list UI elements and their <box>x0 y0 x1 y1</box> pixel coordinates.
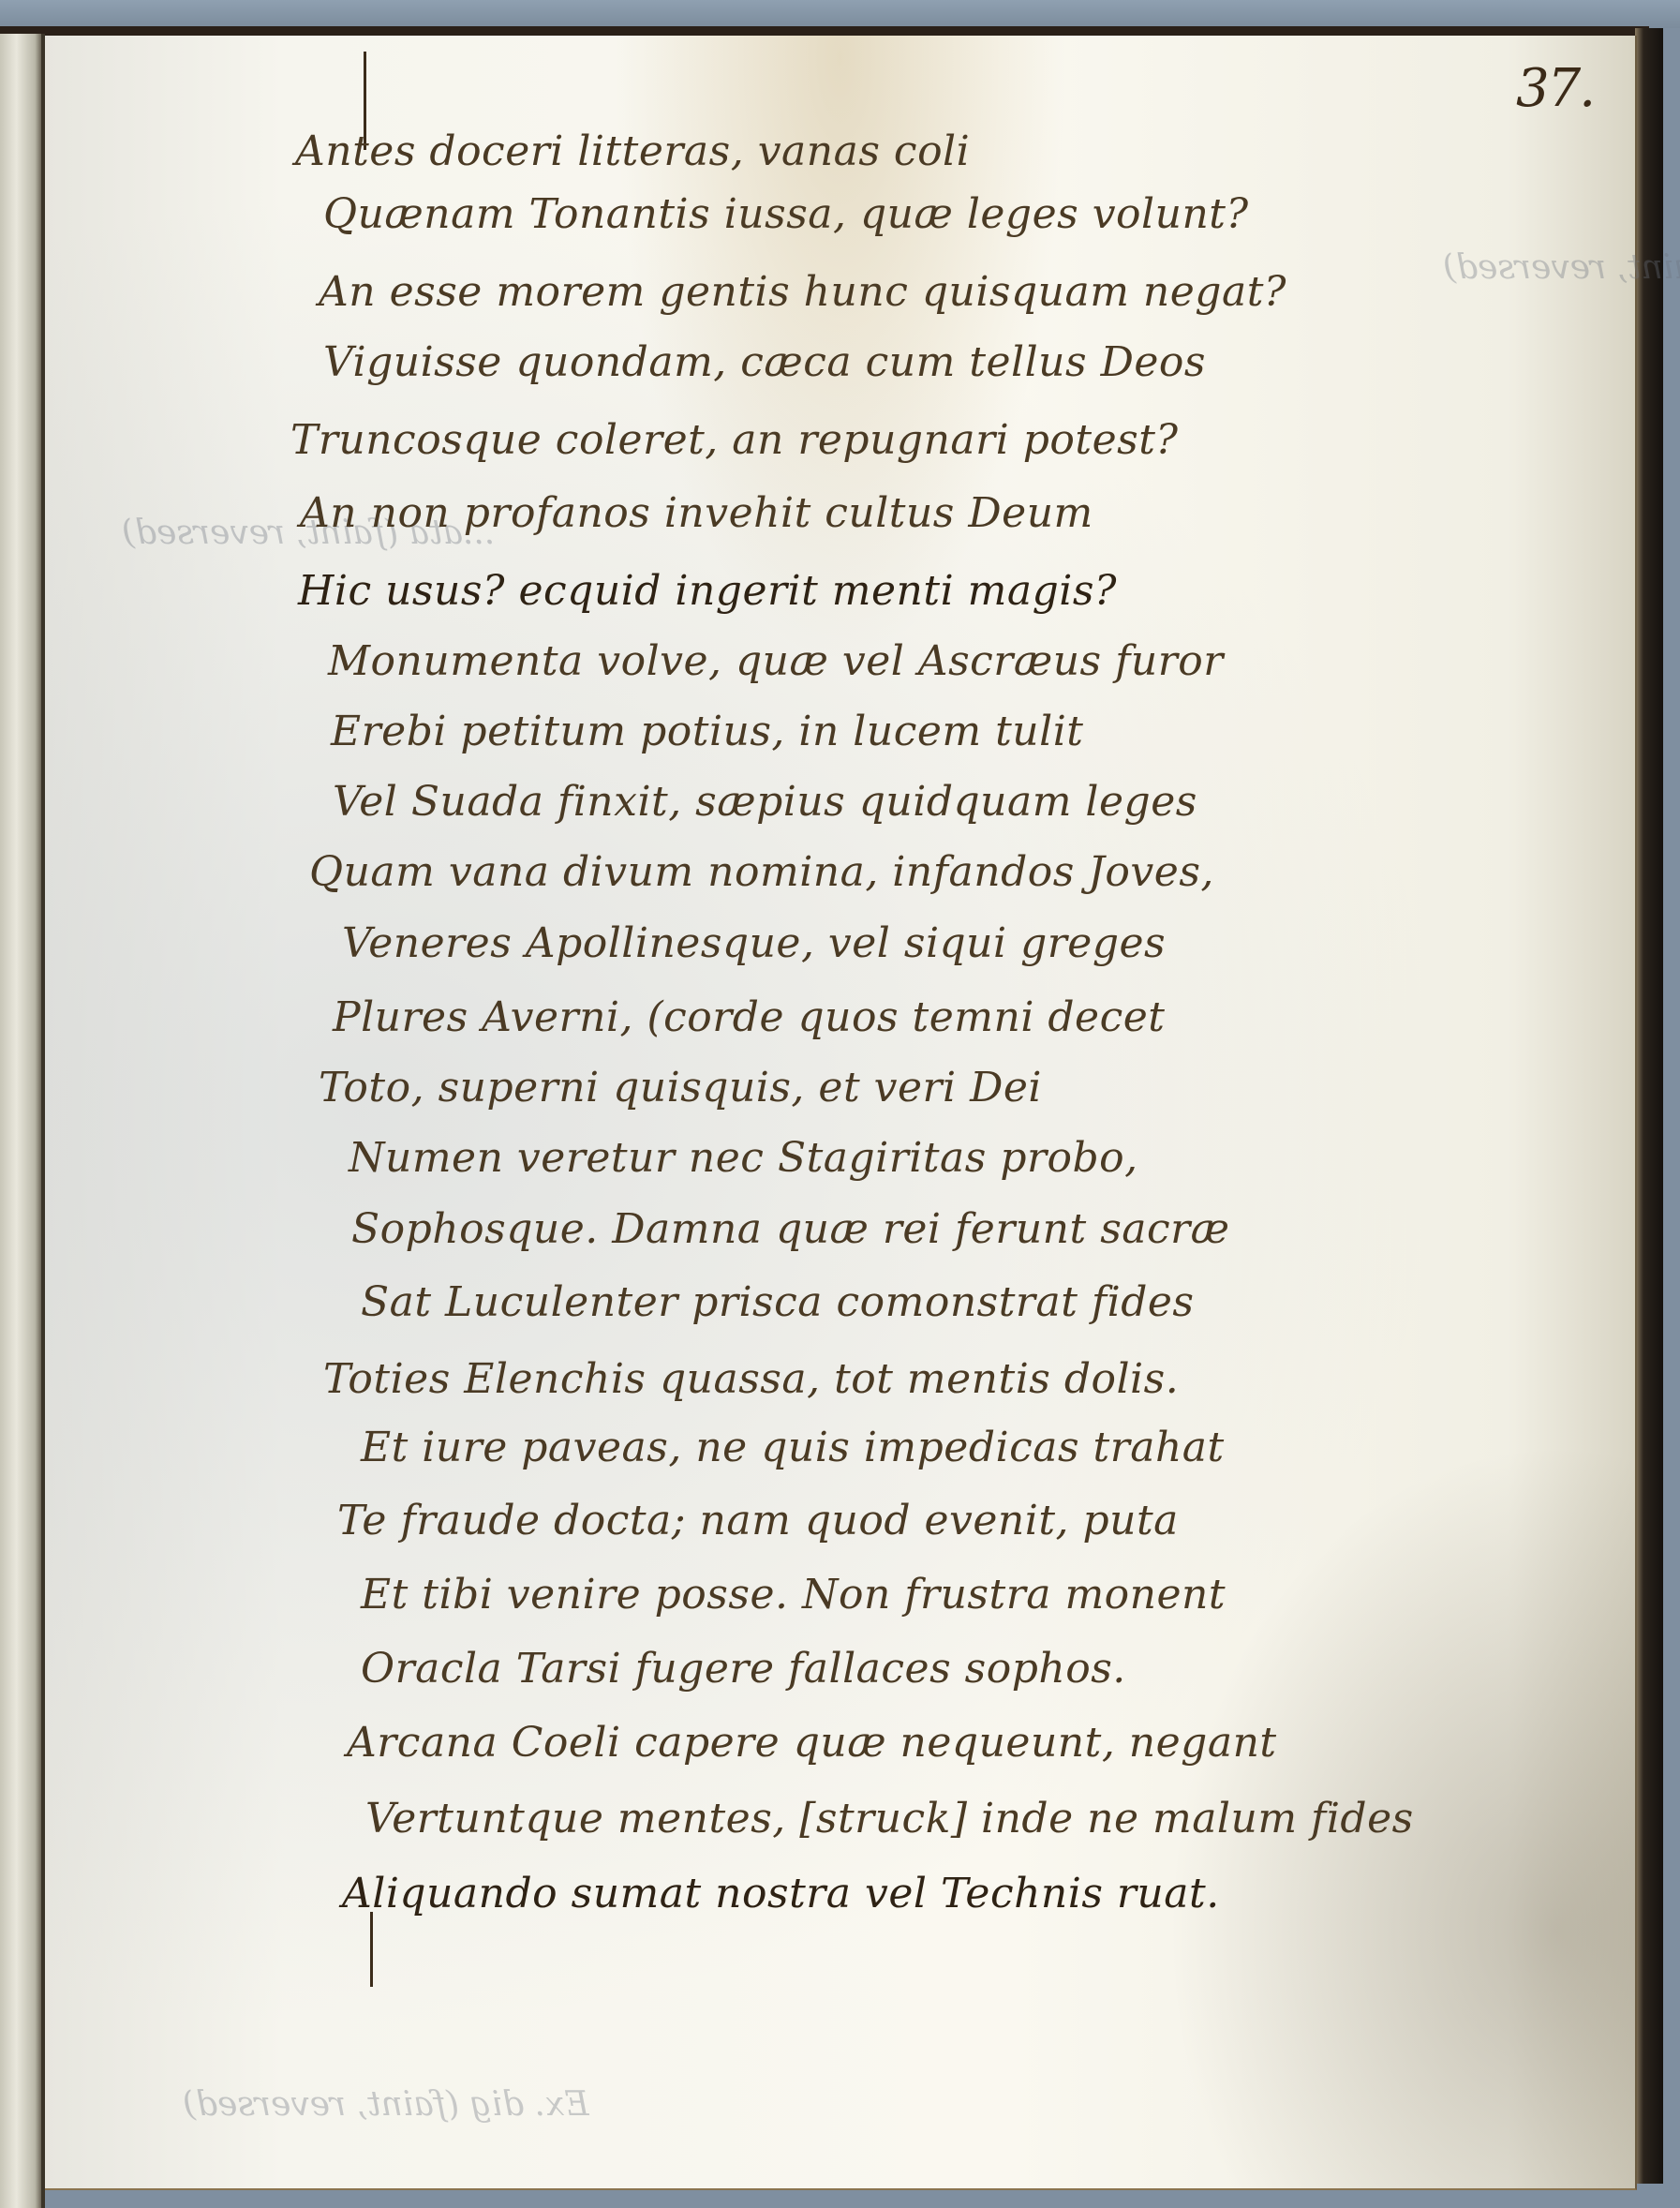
verse-line-4: Viguisse quondam, cæca cum tellus Deos <box>323 338 1206 386</box>
verse-line-6: An non profanos invehit cultus Deum <box>300 489 1093 537</box>
verse-line-17: Sat Luculenter prisca comonstrat fides <box>361 1278 1195 1326</box>
verse-line-1: Antes doceri litteras, vanas coli <box>295 127 970 175</box>
verse-line-19: Et iure paveas, ne quis impedicas trahat <box>361 1424 1225 1471</box>
folio-number: 37. <box>1516 58 1594 119</box>
show-through-bottom-note: Ex. dig (faint, reversed) <box>183 2085 589 2124</box>
verse-line-5: Truncosque coleret, an repugnari potest? <box>290 416 1178 464</box>
pen-stroke-bottom <box>370 1912 373 1987</box>
show-through-right-note: Q̃ruid: (faint, reversed) <box>1443 248 1680 287</box>
verse-line-23: Arcana Coeli capere quæ nequeunt, negant <box>347 1719 1277 1767</box>
verse-line-15: Numen veretur nec Stagiritas probo, <box>349 1134 1138 1182</box>
verse-line-9: Erebi petitum potius, in lucem tulit <box>331 708 1083 755</box>
verse-line-10: Vel Suada finxit, sæpius quidquam leges <box>333 778 1197 826</box>
previous-page-fold <box>0 34 41 2208</box>
verse-line-20: Te fraude docta; nam quod evenit, puta <box>337 1497 1179 1544</box>
verse-line-12: Veneres Apollinesque, vel siqui greges <box>342 919 1166 967</box>
verse-line-13: Plures Averni, (corde quos temni decet <box>333 993 1165 1041</box>
verse-line-8: Monumenta volve, quæ vel Ascræus furor <box>328 637 1224 685</box>
verse-line-7: Hic usus? ecquid ingerit menti magis? <box>298 567 1117 615</box>
book-binding-edge <box>1635 28 1663 2184</box>
verse-line-2: Quænam Tonantis iussa, quæ leges volunt? <box>323 190 1249 238</box>
verse-line-21: Et tibi venire posse. Non frustra monent <box>361 1571 1226 1619</box>
scan-background <box>0 0 1680 28</box>
verse-line-11: Quam vana divum nomina, infandos Joves, <box>309 848 1214 896</box>
verse-line-25: Aliquando sumat nostra vel Technis ruat. <box>342 1870 1220 1917</box>
verse-line-16: Sophosque. Damna quæ rei ferunt sacræ <box>351 1205 1230 1253</box>
verse-line-14: Toto, superni quisquis, et veri Dei <box>319 1064 1042 1111</box>
verse-line-22: Oracla Tarsi fugere fallaces sophos. <box>361 1645 1126 1693</box>
verse-line-3: An esse morem gentis hunc quisquam negat… <box>319 268 1286 316</box>
verse-line-24: Vertuntque mentes, [struck] inde ne malu… <box>365 1795 1414 1842</box>
verse-line-18: Toties Elenchis quassa, tot mentis dolis… <box>323 1355 1179 1403</box>
